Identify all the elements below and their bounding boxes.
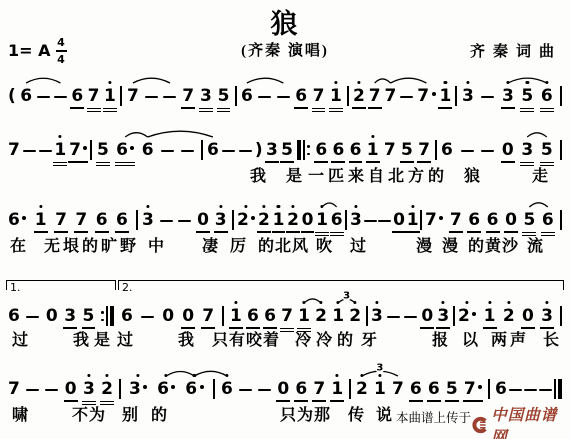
note-digit: 7 xyxy=(8,140,20,160)
lyric-syllable: 别 xyxy=(122,402,138,425)
note: 7 xyxy=(392,379,404,399)
duration-dash xyxy=(222,150,235,152)
octave-dot xyxy=(411,205,414,208)
note: 3 xyxy=(521,140,533,160)
barline xyxy=(349,379,351,399)
repeat-dot xyxy=(101,319,104,322)
measure-5: 3356 xyxy=(462,84,562,106)
note: 6 xyxy=(121,306,133,326)
note: 6 xyxy=(207,140,219,160)
octave-dot xyxy=(354,301,357,304)
note-digit: 0 xyxy=(197,210,209,230)
octave-dot xyxy=(59,135,62,138)
note: 3 xyxy=(371,306,383,326)
note-digit: 5 xyxy=(401,140,413,160)
note: 2 xyxy=(349,306,361,326)
note-digit: 7 xyxy=(417,86,429,106)
duration-dash xyxy=(161,150,174,152)
duration-dash xyxy=(400,96,413,98)
measure-3: 2212016 xyxy=(237,208,347,230)
duration-dash xyxy=(178,220,191,222)
octave-dot xyxy=(219,205,222,208)
lyric-syllable: 厉 xyxy=(230,233,246,256)
measure-3: 60671 xyxy=(221,377,351,399)
lyric-syllable: 的黄沙 xyxy=(468,233,519,256)
octave-dot xyxy=(354,205,357,208)
note: 5 xyxy=(446,379,458,399)
octave-dot xyxy=(277,205,280,208)
measure-3: 6671 xyxy=(241,84,349,106)
barline xyxy=(560,140,562,160)
octave-dot xyxy=(545,301,548,304)
note-digit: 7 xyxy=(127,86,139,106)
octave-dot xyxy=(262,205,265,208)
lyric-syllable: 过 xyxy=(350,233,366,256)
duration-dash xyxy=(26,316,39,318)
measure-4: 2176657 xyxy=(356,377,490,399)
duration-dash xyxy=(258,96,271,98)
rest-note: 0 xyxy=(502,140,514,160)
note-digit: 3 xyxy=(462,86,474,106)
note-digit: 6 xyxy=(142,140,154,160)
note: 6 xyxy=(8,306,20,326)
duration-dash xyxy=(45,389,58,391)
note-digit: 7 xyxy=(182,86,194,106)
lyric-syllable: 过 xyxy=(117,327,133,350)
measure-5: 6 xyxy=(495,377,562,399)
note: 5 xyxy=(281,140,293,160)
octave-dot xyxy=(336,374,339,377)
augmentation-dot xyxy=(143,385,147,389)
note: 6 xyxy=(241,86,253,106)
lyric-syllable: 报 xyxy=(432,327,448,350)
measure-4: 303 xyxy=(371,304,455,326)
note: 3 xyxy=(437,306,449,326)
slur-tie xyxy=(390,78,426,83)
note-digit: 5 xyxy=(521,86,533,106)
measure-2: 6007 xyxy=(121,304,224,326)
note: 1 xyxy=(484,306,496,326)
note: 2 xyxy=(503,306,515,326)
octave-dot xyxy=(545,81,548,84)
measure-2: 566 xyxy=(97,138,203,160)
note: 6 xyxy=(221,379,233,399)
duration-dash xyxy=(37,96,50,98)
measure-4: 301 xyxy=(350,208,422,230)
duration-dash xyxy=(404,316,417,318)
lyric-syllable: 两声 xyxy=(491,327,529,350)
note-digit: 1 xyxy=(332,306,344,326)
duration-dash xyxy=(141,316,154,318)
note-digit: 6 xyxy=(441,140,453,160)
note-digit: 1 xyxy=(316,210,328,230)
note: 6 xyxy=(157,379,175,399)
note-digit: 6 xyxy=(116,210,128,230)
augmentation-dot xyxy=(251,216,255,220)
lyric-syllable: 过 xyxy=(12,327,28,350)
augmentation-dot xyxy=(130,146,134,150)
note: 3 xyxy=(502,86,514,106)
barline xyxy=(560,306,562,326)
lyrics-row-2: 在无垠的旷野中凄厉的北风吹过漫漫的黄沙流 xyxy=(0,233,570,255)
repeat-begin-barline xyxy=(297,140,310,160)
note-digit: 0 xyxy=(502,140,514,160)
note: 7 xyxy=(182,86,194,106)
note: 6 xyxy=(247,306,259,326)
measure-2: 7735 xyxy=(127,84,237,106)
rest-note: 0 xyxy=(421,306,433,326)
lyric-syllable: 狼 xyxy=(464,163,480,186)
note: 3 xyxy=(129,379,147,399)
barline xyxy=(201,140,203,160)
note-digit: 6 xyxy=(247,306,259,326)
note-digit: 3 xyxy=(266,140,278,160)
octave-dot xyxy=(165,374,168,377)
lyric-syllable: 走 xyxy=(532,163,548,186)
note: 6 xyxy=(116,140,134,160)
lyric-syllable: 中 xyxy=(148,233,164,256)
measure-5: 21203 xyxy=(458,304,562,326)
octave-dot xyxy=(507,301,510,304)
note-digit: 3 xyxy=(437,306,449,326)
repeat-dots xyxy=(101,306,104,326)
note-digit: 3 xyxy=(502,86,514,106)
note: 5 xyxy=(521,86,533,106)
note-digit: 6 xyxy=(487,210,499,230)
note: 2 xyxy=(315,306,327,326)
note-digit: 3 xyxy=(371,306,383,326)
note-digit: 6 xyxy=(315,140,327,160)
duration-dash xyxy=(387,316,400,318)
lyric-syllable: 我 xyxy=(178,327,194,350)
lyric-syllable: 以 xyxy=(462,327,478,350)
note: 7 xyxy=(75,210,87,230)
note: 7 xyxy=(417,86,435,106)
barline xyxy=(232,210,234,230)
octave-dot xyxy=(108,81,111,84)
note-digit: 1 xyxy=(104,86,116,106)
barline xyxy=(222,306,224,326)
lyrics-row-3: 过我是过我只有咬着冷冷的牙报以两声长 xyxy=(0,327,570,349)
note: 2 xyxy=(353,86,365,106)
site-logo: 中国曲谱网 xyxy=(471,403,570,439)
note: 7 xyxy=(202,306,214,326)
note-digit: 6 xyxy=(295,86,307,106)
note: 6 xyxy=(331,210,343,230)
octave-dot xyxy=(442,301,445,304)
note-digit: 5 xyxy=(541,140,553,160)
note-digit: 7 xyxy=(384,140,396,160)
octave-dot xyxy=(225,374,228,377)
barline-thick xyxy=(297,140,301,160)
note: 6 xyxy=(542,210,554,230)
note-digit: 1 xyxy=(54,140,66,160)
note: 7 xyxy=(418,140,430,160)
barline xyxy=(119,379,121,399)
note: 1 xyxy=(374,379,386,399)
note-digit: 5 xyxy=(83,306,95,326)
augmentation-dot xyxy=(478,385,482,389)
note-digit: 2 xyxy=(101,379,113,399)
note-digit: 1 xyxy=(331,379,343,399)
note: 6 xyxy=(541,86,553,106)
note-digit: 5 xyxy=(218,86,230,106)
note-digit: 2 xyxy=(356,379,368,399)
barline xyxy=(213,379,215,399)
augmentation-dot xyxy=(439,216,443,220)
note: 7 xyxy=(127,86,139,106)
note: 6 xyxy=(185,379,203,399)
barline-thin xyxy=(106,306,108,326)
barline xyxy=(560,86,562,106)
note-digit: 1 xyxy=(273,210,285,230)
rest-note: 0 xyxy=(522,306,534,326)
note: 7 xyxy=(385,86,397,106)
volta-bracket-2: 2. xyxy=(118,280,564,290)
octave-dot xyxy=(337,301,340,304)
note: 3 xyxy=(142,210,154,230)
note: 6 xyxy=(142,140,154,160)
note-digit: 7 xyxy=(281,306,293,326)
note-digit: 6 xyxy=(121,306,133,326)
duration-dash xyxy=(481,150,494,152)
note-digit: 6 xyxy=(541,86,553,106)
note-digit: 2 xyxy=(458,306,470,326)
note-digit: 1 xyxy=(484,306,496,326)
slur-tie xyxy=(527,133,547,137)
note: 7 xyxy=(369,86,381,106)
barline xyxy=(560,210,562,230)
note: 1 xyxy=(54,140,66,160)
octave-dot xyxy=(375,301,378,304)
note: 2 xyxy=(101,379,113,399)
note: 6 xyxy=(315,140,327,160)
note: 5 xyxy=(541,140,553,160)
octave-dot xyxy=(444,81,447,84)
note-digit: 3 xyxy=(521,140,533,160)
barline xyxy=(453,306,455,326)
measure-4: 6661757 xyxy=(297,138,437,160)
augmentation-dot xyxy=(22,216,26,220)
measure-3: 6)35 xyxy=(207,138,293,160)
duration-dash xyxy=(481,96,494,98)
note-digit: 7 xyxy=(392,379,404,399)
lyric-syllable: 在 xyxy=(10,233,26,256)
slur-tie xyxy=(133,78,170,83)
measure-5: 6035 xyxy=(441,138,562,160)
lyric-syllable: 我 xyxy=(250,163,266,186)
note-digit: 5 xyxy=(97,140,109,160)
note-digit: 7 xyxy=(69,140,81,160)
note-digit: 6 xyxy=(116,140,128,160)
note-digit: 7 xyxy=(385,86,397,106)
augmentation-dot xyxy=(472,312,476,316)
note-digit: 0 xyxy=(162,306,174,326)
measure-4: 27771 xyxy=(353,84,457,106)
note-digit: 6 xyxy=(96,210,108,230)
duration-dash xyxy=(160,220,173,222)
note: 2 xyxy=(287,210,299,230)
lyric-syllable: 一匹来自北方的 xyxy=(308,163,448,186)
octave-dot xyxy=(234,301,237,304)
note: 6 xyxy=(495,379,507,399)
slur-tie xyxy=(166,371,194,376)
repeat-dot xyxy=(101,311,104,314)
note-digit: 2 xyxy=(258,210,270,230)
note: 7 xyxy=(450,210,462,230)
octave-dot xyxy=(488,301,491,304)
rest-note: 0 xyxy=(393,210,405,230)
note-digit: 6 xyxy=(185,379,197,399)
note: 2 xyxy=(258,210,270,230)
barline-thick xyxy=(558,379,562,399)
octave-dot xyxy=(319,301,322,304)
augmentation-dot xyxy=(432,92,436,96)
note-digit: 7 xyxy=(450,210,462,230)
measure-2: 366 xyxy=(129,377,215,399)
rest-note: 0 xyxy=(197,210,209,230)
note-digit: 2 xyxy=(353,86,365,106)
note-digit: 3 xyxy=(350,210,362,230)
duration-dash xyxy=(23,150,36,152)
note-digit: 2 xyxy=(349,306,361,326)
lyrics-row-1: 我是一匹来自北方的狼走 xyxy=(0,163,570,185)
slur-tie xyxy=(529,203,547,207)
rest-note: 0 xyxy=(46,306,58,326)
note-digit: 2 xyxy=(237,210,249,230)
note: 6 xyxy=(71,86,83,106)
note-digit: 3 xyxy=(64,306,76,326)
note: 6 xyxy=(410,379,422,399)
note-digit: 6 xyxy=(8,306,20,326)
octave-dot xyxy=(137,374,140,377)
volta-label: 2. xyxy=(122,281,133,294)
note: 7 xyxy=(69,140,87,160)
note: 6 xyxy=(264,306,276,326)
note-digit: 0 xyxy=(302,210,314,230)
note: 2 xyxy=(237,210,255,230)
lyric-syllable: 我是 xyxy=(73,327,115,350)
note: 6 xyxy=(350,140,362,160)
note-digit: 1 xyxy=(367,140,379,160)
note-digit: 7 xyxy=(464,379,476,399)
note-digit: 6 xyxy=(332,140,344,160)
rest-note: 0 xyxy=(182,306,194,326)
note-digit: 1 xyxy=(374,379,386,399)
note-digit: 1 xyxy=(230,306,242,326)
note: 5 xyxy=(401,140,413,160)
lyric-syllable: 流 xyxy=(527,233,543,256)
note: 6 xyxy=(20,86,32,106)
barline xyxy=(455,86,457,106)
note-digit: 7 xyxy=(88,86,100,106)
music-line-5: 370323666067121766576 xyxy=(0,355,570,409)
lyric-syllable: 啸 xyxy=(12,402,28,425)
barline xyxy=(366,306,368,326)
slur-tie xyxy=(375,79,391,83)
octave-dot xyxy=(291,205,294,208)
note: 6 xyxy=(116,210,128,230)
duration-dash xyxy=(509,389,522,391)
note-digit: 7 xyxy=(418,140,430,160)
barline xyxy=(345,210,347,230)
measure-1: 717 xyxy=(8,138,92,160)
note-digit: 3 xyxy=(129,379,141,399)
note-digit: 5 xyxy=(281,140,293,160)
note: 3 xyxy=(350,210,362,230)
note: 6 xyxy=(295,86,307,106)
note-digit: 3 xyxy=(142,210,154,230)
lyric-syllable: 凄 xyxy=(202,233,218,256)
note-digit: 0 xyxy=(522,306,534,326)
lyric-syllable: 的北风 xyxy=(258,233,309,256)
note-digit: 6 xyxy=(495,379,507,399)
duration-dash xyxy=(145,96,158,98)
note-digit: 2 xyxy=(287,210,299,230)
note-digit: 6 xyxy=(8,210,20,230)
note-digit: 5 xyxy=(523,210,535,230)
note-digit: 3 xyxy=(215,210,227,230)
note-digit: 6 xyxy=(241,86,253,106)
composer-credit: 齐秦词曲 xyxy=(470,40,562,61)
note-digit: 7 xyxy=(369,86,381,106)
octave-dot xyxy=(378,374,381,377)
slur-tie xyxy=(125,133,147,137)
note: 7 xyxy=(281,306,293,326)
note: 1 xyxy=(407,210,419,230)
upload-note: 本曲谱上传于 xyxy=(396,408,471,426)
octave-dot xyxy=(360,374,363,377)
slur-tie xyxy=(194,371,227,376)
note: 2 xyxy=(458,306,476,326)
note: 7 xyxy=(425,210,443,230)
barline xyxy=(120,86,122,106)
lyric-syllable: 不为 xyxy=(72,402,106,425)
note: 1 xyxy=(104,86,116,106)
octave-dot xyxy=(506,81,509,84)
note-digit: 0 xyxy=(393,210,405,230)
octave-dot xyxy=(302,301,305,304)
measure-1: 617766 xyxy=(8,208,138,230)
duration-dash xyxy=(239,389,252,391)
note-digit: 0 xyxy=(46,306,58,326)
tuplet-gap xyxy=(374,362,385,373)
rest-note: 0 xyxy=(302,210,314,230)
note-digit: 6 xyxy=(331,210,343,230)
parenthesis: ( xyxy=(8,86,16,106)
note-digit: 1 xyxy=(330,86,342,106)
note: 1 xyxy=(230,306,242,326)
octave-dot xyxy=(466,81,469,84)
note: 6 xyxy=(96,210,108,230)
note: 1 xyxy=(439,86,451,106)
augmentation-dot xyxy=(171,385,175,389)
barline xyxy=(136,210,138,230)
barline-thick xyxy=(110,306,114,326)
note-digit: 6 xyxy=(295,379,307,399)
measure-3: 16671212 xyxy=(230,304,368,326)
lyric-syllable: 冷冷的 xyxy=(295,327,358,350)
slur-tie xyxy=(148,131,213,137)
note-digit: 6 xyxy=(542,210,554,230)
slur-tie xyxy=(247,78,283,83)
note: 1 xyxy=(330,86,342,106)
tuplet-number: 3 xyxy=(343,291,350,302)
lyric-syllable: 只有咬着 xyxy=(212,327,280,350)
note-digit: 1 xyxy=(407,210,419,230)
augmentation-dot xyxy=(83,146,87,150)
note-digit: 6 xyxy=(468,210,480,230)
